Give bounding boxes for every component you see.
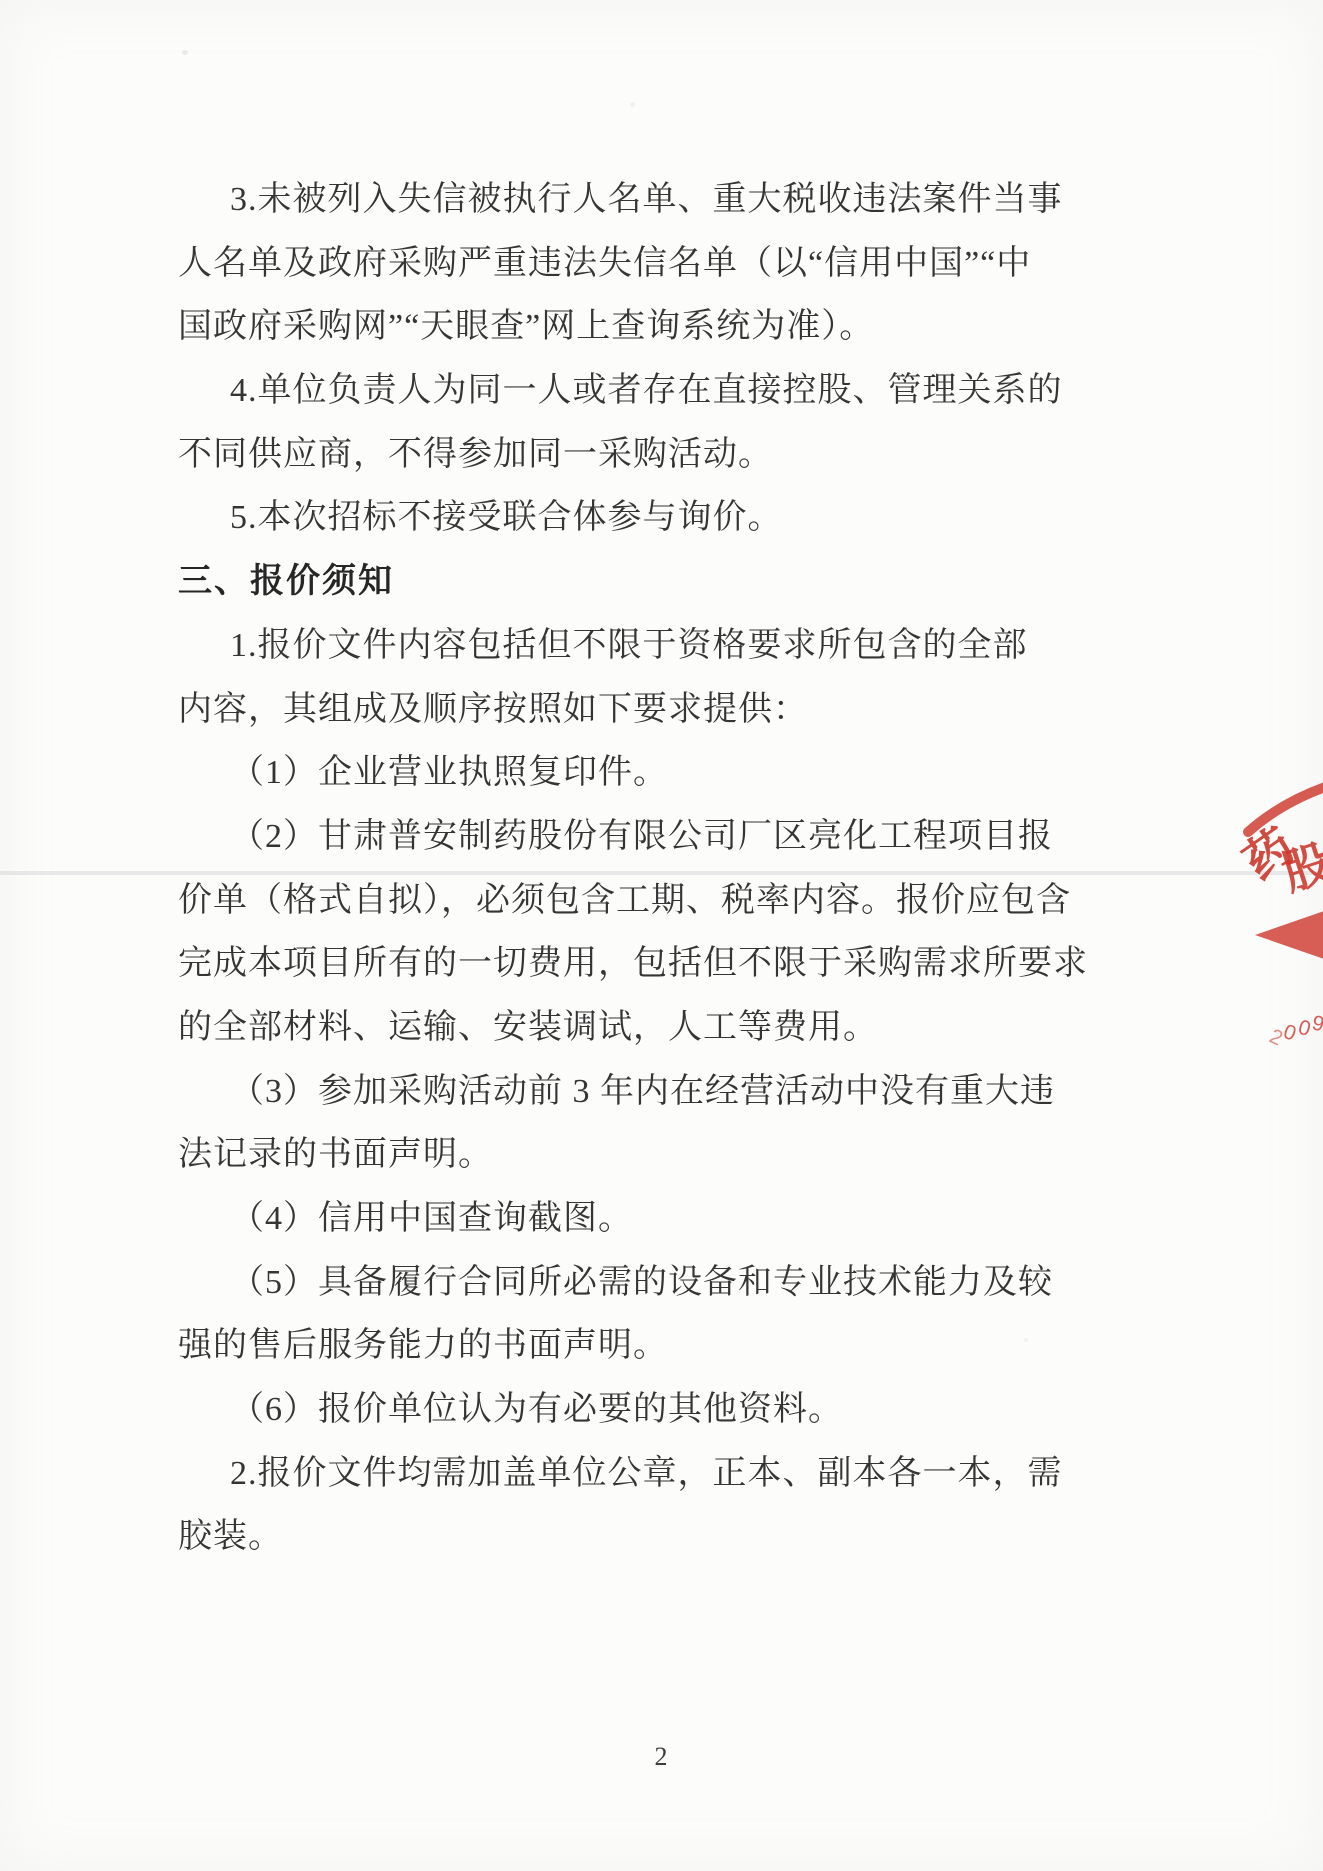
text-line: 人名单及政府采购严重违法失信名单（以“信用中国”“中 [178, 232, 1008, 296]
page-number: 2 [0, 1742, 1323, 1772]
seal-ring-arc [1248, 786, 1323, 832]
text-line: （3）参加采购活动前 3 年内在经营活动中没有重大违 [178, 1060, 1008, 1124]
text-line: 的全部材料、运输、安装调试，人工等费用。 [178, 996, 1008, 1060]
text-line: 价单（格式自拟），必须包含工期、税率内容。报价应包含 [178, 869, 1008, 933]
text-line: 不同供应商，不得参加同一采购活动。 [178, 423, 1008, 487]
text-line: （6）报价单位认为有必要的其他资料。 [178, 1378, 1008, 1442]
text-line: 内容，其组成及顺序按照如下要求提供： [178, 678, 1008, 742]
text-line: 强的售后服务能力的书面声明。 [178, 1314, 1008, 1378]
text-line: 2.报价文件均需加盖单位公章，正本、副本各一本，需 [178, 1442, 1008, 1506]
document-body: 3.未被列入失信被执行人名单、重大税收违法案件当事人名单及政府采购严重违法失信名… [178, 168, 1008, 1569]
scan-crease-line [0, 871, 1323, 875]
seal-serial-number: 20099 [1266, 1008, 1323, 1050]
scan-speck [182, 50, 188, 55]
text-line: 4.单位负责人为同一人或者存在直接控股、管理关系的 [178, 359, 1008, 423]
text-line: 胶装。 [178, 1505, 1008, 1569]
section-heading: 三、报价须知 [178, 550, 1008, 614]
text-line: 1.报价文件内容包括但不限于资格要求所包含的全部 [178, 614, 1008, 678]
scanned-document-page: 3.未被列入失信被执行人名单、重大税收违法案件当事人名单及政府采购严重违法失信名… [0, 0, 1323, 1871]
text-line: 国政府采购网”“天眼查”网上查询系统为准）。 [178, 295, 1008, 359]
text-line: 完成本项目所有的一切费用，包括但不限于采购需求所要求 [178, 932, 1008, 996]
text-line: （1）企业营业执照复印件。 [178, 741, 1008, 805]
text-line: （4）信用中国查询截图。 [178, 1187, 1008, 1251]
seal-serial-digit: 9 [1310, 1011, 1323, 1036]
company-seal-stamp: 药 股 20099 [1180, 760, 1323, 1080]
text-line: 3.未被列入失信被执行人名单、重大税收违法案件当事 [178, 168, 1008, 232]
text-line: （5）具备履行合同所必需的设备和专业技术能力及较 [178, 1251, 1008, 1315]
text-line: 法记录的书面声明。 [178, 1123, 1008, 1187]
text-line: （2）甘肃普安制药股份有限公司厂区亮化工程项目报 [178, 805, 1008, 869]
text-line: 5.本次招标不接受联合体参与询价。 [178, 486, 1008, 550]
scan-speck [630, 102, 635, 107]
scan-speck [1024, 1338, 1028, 1342]
